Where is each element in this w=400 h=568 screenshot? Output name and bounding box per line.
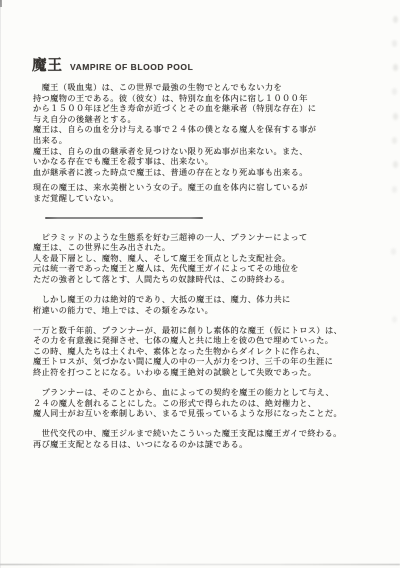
paragraph: 現在の魔王は、来水美樹という女の子。魔王の血を体内に宿しているがまだ覚醒していな… bbox=[33, 183, 378, 204]
scan-corner-speck bbox=[0, 0, 2, 7]
text-line: 現在の魔王は、来水美樹という女の子。魔王の血を体内に宿しているが bbox=[33, 183, 378, 194]
text-line: 人を最下層とし、魔物、魔人、そして魔王を頂点とした支配社会。 bbox=[33, 254, 378, 265]
title-latin: VAMPIRE OF BLOOD POOL bbox=[70, 62, 193, 72]
text-line: 魔王は、この世界に生み出された。 bbox=[33, 243, 378, 254]
scanned-page: 魔王 VAMPIRE OF BLOOD POOL 魔王（吸血鬼）は、この世界で最… bbox=[0, 0, 400, 568]
text-line: 魔人同士がお互いを牽制しあい、まるで見張っているような形になったことだ。 bbox=[33, 409, 378, 420]
text-line: 一万と数千年前、プランナーが、最初に創りし素体的な魔王（仮にトロス）は、 bbox=[33, 326, 378, 337]
section-divider bbox=[45, 217, 203, 219]
text-line: 与え自分の後継者とする。 bbox=[33, 115, 378, 126]
text-line: その力を有意義に発揮させ、七体の魔人と共に地上を彼の色で埋めていった。 bbox=[33, 336, 378, 347]
text-line: 血が継承者に渡った時点で魔王は、普通の存在となり死ぬ事も出来る。 bbox=[33, 168, 378, 179]
paragraph: 魔王は、自らの血を分け与える事で２４体の僕となる魔人を保有する事が出来る。 bbox=[33, 125, 378, 146]
paragraph: ピラミッドのような生態系を好む三超神の一人、プランナーによって魔王は、この世界に… bbox=[33, 233, 378, 286]
text-line: 魔王は、自らの血の継承者を見つけない限り死ぬ事が出来ない。また、 bbox=[33, 147, 378, 158]
text-line: プランナーは、そのことから、血によっての契約を魔王の能力として与え、 bbox=[33, 388, 378, 399]
text-line: 再び魔王支配となる日は、いつになるのかは謎である。 bbox=[33, 440, 378, 451]
text-line: ２４の魔人を創れることにした。この形式で得られたのは、絶対権力と、 bbox=[33, 399, 378, 410]
text-line: 終止符を打つことになる。いわゆる魔王絶対の試験として失敗であった。 bbox=[33, 368, 378, 379]
paragraph: 世代交代の中、魔王ジルまで続いたこういった魔王支配は魔王ガイで終わる。再び魔王支… bbox=[33, 429, 378, 450]
text-line: この時、魔人たちは土くれや、素体となった生物からダイレクトに作られ、 bbox=[33, 347, 378, 358]
paragraph: 一万と数千年前、プランナーが、最初に創りし素体的な魔王（仮にトロス）は、その力を… bbox=[33, 326, 378, 379]
paragraph: 魔王は、自らの血の継承者を見つけない限り死ぬ事が出来ない。また、いかなる存在でも… bbox=[33, 147, 378, 179]
text-line: ピラミッドのような生態系を好む三超神の一人、プランナーによって bbox=[33, 233, 378, 244]
document-body: 魔王（吸血鬼）は、この世界で最強の生物でとんでもない力を持つ魔物の王である。彼（… bbox=[33, 83, 378, 451]
paragraph: しかし魔王の力は絶対的であり、大抵の魔王は、魔力、体力共に桁違いの能力で、地上で… bbox=[33, 295, 378, 316]
page-title: 魔王 VAMPIRE OF BLOOD POOL bbox=[32, 54, 193, 75]
text-line: 元は統一者であった魔王と魔人は、先代魔王ガイによってその地位を bbox=[33, 264, 378, 275]
bleedthrough-marks bbox=[393, 16, 398, 23]
paragraph: プランナーは、そのことから、血によっての契約を魔王の能力として与え、２４の魔人を… bbox=[33, 388, 378, 420]
text-line: ただの強者として落とす、人間たちの奴隷時代は、この時終わる。 bbox=[33, 275, 378, 286]
scan-edge-left bbox=[0, 0, 1, 568]
text-line: しかし魔王の力は絶対的であり、大抵の魔王は、魔力、体力共に bbox=[33, 295, 378, 306]
scan-edge-bottom bbox=[0, 564, 400, 565]
text-line: まだ覚醒していない。 bbox=[33, 194, 378, 205]
text-line: 魔王（吸血鬼）は、この世界で最強の生物でとんでもない力を bbox=[33, 83, 378, 94]
text-line: 世代交代の中、魔王ジルまで続いたこういった魔王支配は魔王ガイで終わる。 bbox=[33, 429, 378, 440]
text-line: 出来る。 bbox=[33, 136, 378, 147]
text-line: 桁違いの能力で、地上では、その類をみない。 bbox=[33, 306, 378, 317]
text-line: いかなる存在でも魔王を殺す事は、出来ない。 bbox=[33, 157, 378, 168]
text-line: から１５００年ほど生き寿命が近づくとその血を継承者（特別な存在）に bbox=[33, 104, 378, 115]
title-kanji: 魔王 bbox=[32, 54, 63, 75]
paragraph: 魔王（吸血鬼）は、この世界で最強の生物でとんでもない力を持つ魔物の王である。彼（… bbox=[33, 83, 378, 125]
text-line: 持つ魔物の王である。彼（彼女）は、特別な血を体内に宿し１０００年 bbox=[33, 94, 378, 105]
text-line: 魔王は、自らの血を分け与える事で２４体の僕となる魔人を保有する事が bbox=[33, 125, 378, 136]
text-line: 魔王トロスが、気づかない間に魔人の中の一人が力をつけ、三千の年の生涯に bbox=[33, 357, 378, 368]
